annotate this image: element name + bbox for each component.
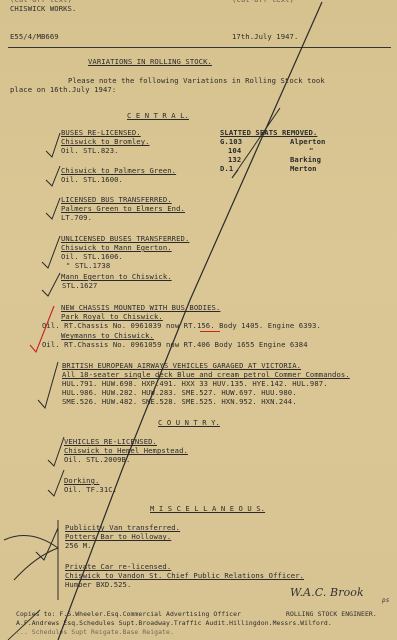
pen-marks <box>0 0 397 640</box>
checkmark-icon <box>48 437 64 466</box>
checkmark-icon <box>42 236 60 268</box>
checkmark-icon <box>46 133 60 157</box>
checkmark-icon <box>48 470 64 496</box>
checkmark-slatted <box>232 108 280 178</box>
checkmark-icon <box>42 273 60 296</box>
checkmark-icon <box>46 198 60 219</box>
checkmark-icon <box>38 362 58 408</box>
checkmark-icon <box>36 528 58 560</box>
document-page: (cut-off text) CHISWICK WORKS. (cut-off … <box>0 0 397 640</box>
checkmark-icon <box>46 166 60 186</box>
red-checkmark-icon <box>30 306 54 352</box>
diagonal-strike-line <box>58 2 322 640</box>
